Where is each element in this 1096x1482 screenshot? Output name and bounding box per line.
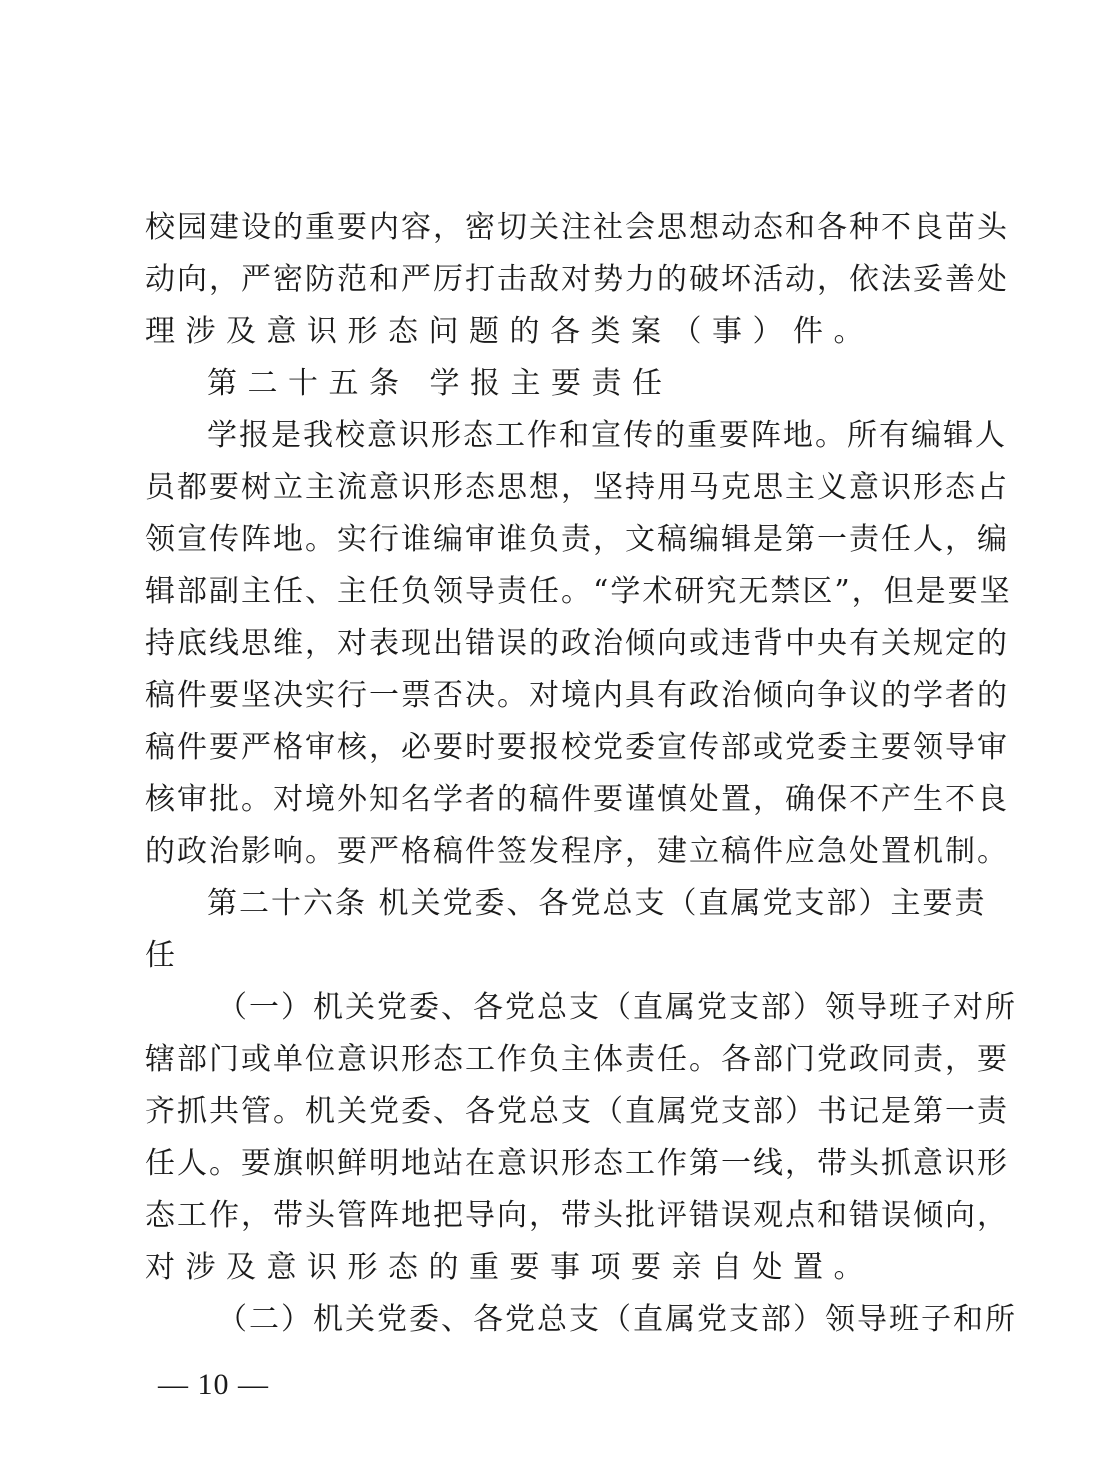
clause-1-line: （一）机关党委、各党总支（直属党支部）领导班子对所 bbox=[145, 986, 957, 1038]
text-line: 学报是我校意识形态工作和宣传的重要阵地。所有编辑人 bbox=[145, 414, 957, 466]
text-line: 的政治影响。要严格稿件签发程序，建立稿件应急处置机制。 bbox=[145, 830, 957, 882]
text-line: 稿件要坚决实行一票否决。对境内具有政治倾向争议的学者的 bbox=[145, 674, 957, 726]
text-line: 动向，严密防范和严厉打击敌对势力的破坏活动，依法妥善处 bbox=[145, 258, 957, 310]
text-line: 持底线思维，对表现出错误的政治倾向或违背中央有关规定的 bbox=[145, 622, 957, 674]
clause-2-line: （二）机关党委、各党总支（直属党支部）领导班子和所 bbox=[145, 1298, 957, 1350]
text-line: 任 bbox=[145, 934, 957, 986]
text-line: 态工作，带头管阵地把导向，带头批评错误观点和错误倾向， bbox=[145, 1194, 957, 1246]
text-line: 核审批。对境外知名学者的稿件要谨慎处置，确保不产生不良 bbox=[145, 778, 957, 830]
page-number: — 10 — bbox=[158, 1368, 269, 1402]
document-page: 校园建设的重要内容，密切关注社会思想动态和各种不良苗头 动向，严密防范和严厉打击… bbox=[0, 0, 1096, 1482]
text-line: 员都要树立主流意识形态思想，坚持用马克思主义意识形态占 bbox=[145, 466, 957, 518]
text-line: 稿件要严格审核，必要时要报校党委宣传部或党委主要领导审 bbox=[145, 726, 957, 778]
text-line: 理涉及意识形态问题的各类案（事）件。 bbox=[145, 310, 957, 362]
text-line: 齐抓共管。机关党委、各党总支（直属党支部）书记是第一责 bbox=[145, 1090, 957, 1142]
text-line: 领宣传阵地。实行谁编审谁负责，文稿编辑是第一责任人，编 bbox=[145, 518, 957, 570]
body-text: 校园建设的重要内容，密切关注社会思想动态和各种不良苗头 动向，严密防范和严厉打击… bbox=[145, 206, 957, 1350]
text-line: 辑部副主任、主任负领导责任。“学术研究无禁区”，但是要坚 bbox=[145, 570, 957, 622]
text-line: 对涉及意识形态的重要事项要亲自处置。 bbox=[145, 1246, 957, 1298]
article-heading-26: 第二十六条 机关党委、各党总支（直属党支部）主要责 bbox=[145, 882, 957, 934]
text-line: 任人。要旗帜鲜明地站在意识形态工作第一线，带头抓意识形 bbox=[145, 1142, 957, 1194]
text-line: 辖部门或单位意识形态工作负主体责任。各部门党政同责，要 bbox=[145, 1038, 957, 1090]
text-line: 校园建设的重要内容，密切关注社会思想动态和各种不良苗头 bbox=[145, 206, 957, 258]
article-heading-25: 第二十五条 学报主要责任 bbox=[145, 362, 957, 414]
